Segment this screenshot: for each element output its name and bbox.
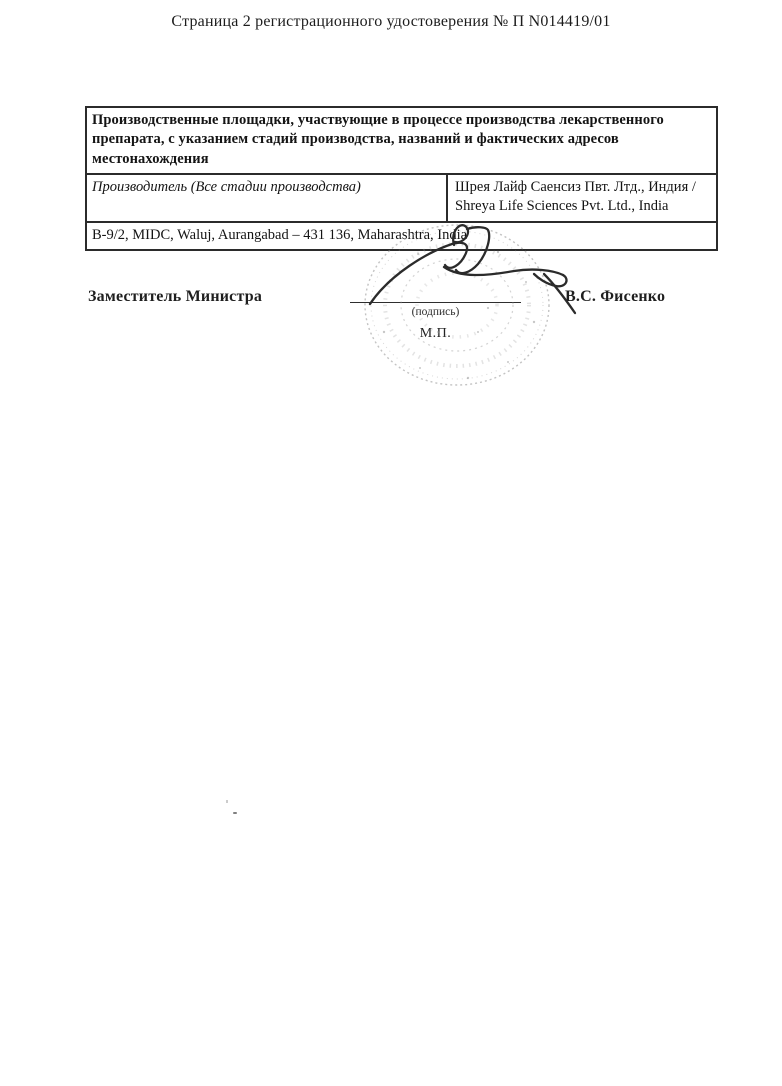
manufacturer-label-cell: Производитель (Все стадии производства) bbox=[87, 175, 448, 221]
seal-place-mark: М.П. bbox=[350, 326, 521, 342]
page-header: Страница 2 регистрационного удостоверени… bbox=[0, 13, 782, 31]
table-title-line-3: местонахождения bbox=[92, 150, 711, 169]
table-title-line-2: препарата, с указанием стадий производст… bbox=[92, 130, 711, 149]
table-title-cell: Производственные площадки, участвующие в… bbox=[87, 108, 716, 175]
scanned-document-page: Страница 2 регистрационного удостоверени… bbox=[0, 0, 782, 1086]
manufacturer-name-en: Shreya Life Sciences Pvt. Ltd., India bbox=[455, 197, 712, 217]
table-title-line-1: Производственные площадки, участвующие в… bbox=[92, 111, 711, 130]
signature-caption: (подпись) bbox=[350, 306, 521, 318]
signature-line bbox=[350, 302, 521, 303]
manufacturer-value-cell: Шрея Лайф Саенсиз Пвт. Лтд., Индия / Shr… bbox=[448, 175, 716, 221]
manufacturing-sites-table: Производственные площадки, участвующие в… bbox=[85, 106, 718, 251]
table-row-address: B-9/2, MIDC, Waluj, Aurangabad – 431 136… bbox=[87, 223, 716, 249]
official-title: Заместитель Министра bbox=[88, 288, 262, 306]
scan-speck bbox=[233, 812, 237, 814]
scan-speck bbox=[226, 800, 228, 803]
table-row-manufacturer: Производитель (Все стадии производства) … bbox=[87, 175, 716, 223]
signer-name: В.С. Фисенко bbox=[565, 288, 665, 306]
manufacturer-name-ru: Шрея Лайф Саенсиз Пвт. Лтд., Индия / bbox=[455, 178, 712, 198]
